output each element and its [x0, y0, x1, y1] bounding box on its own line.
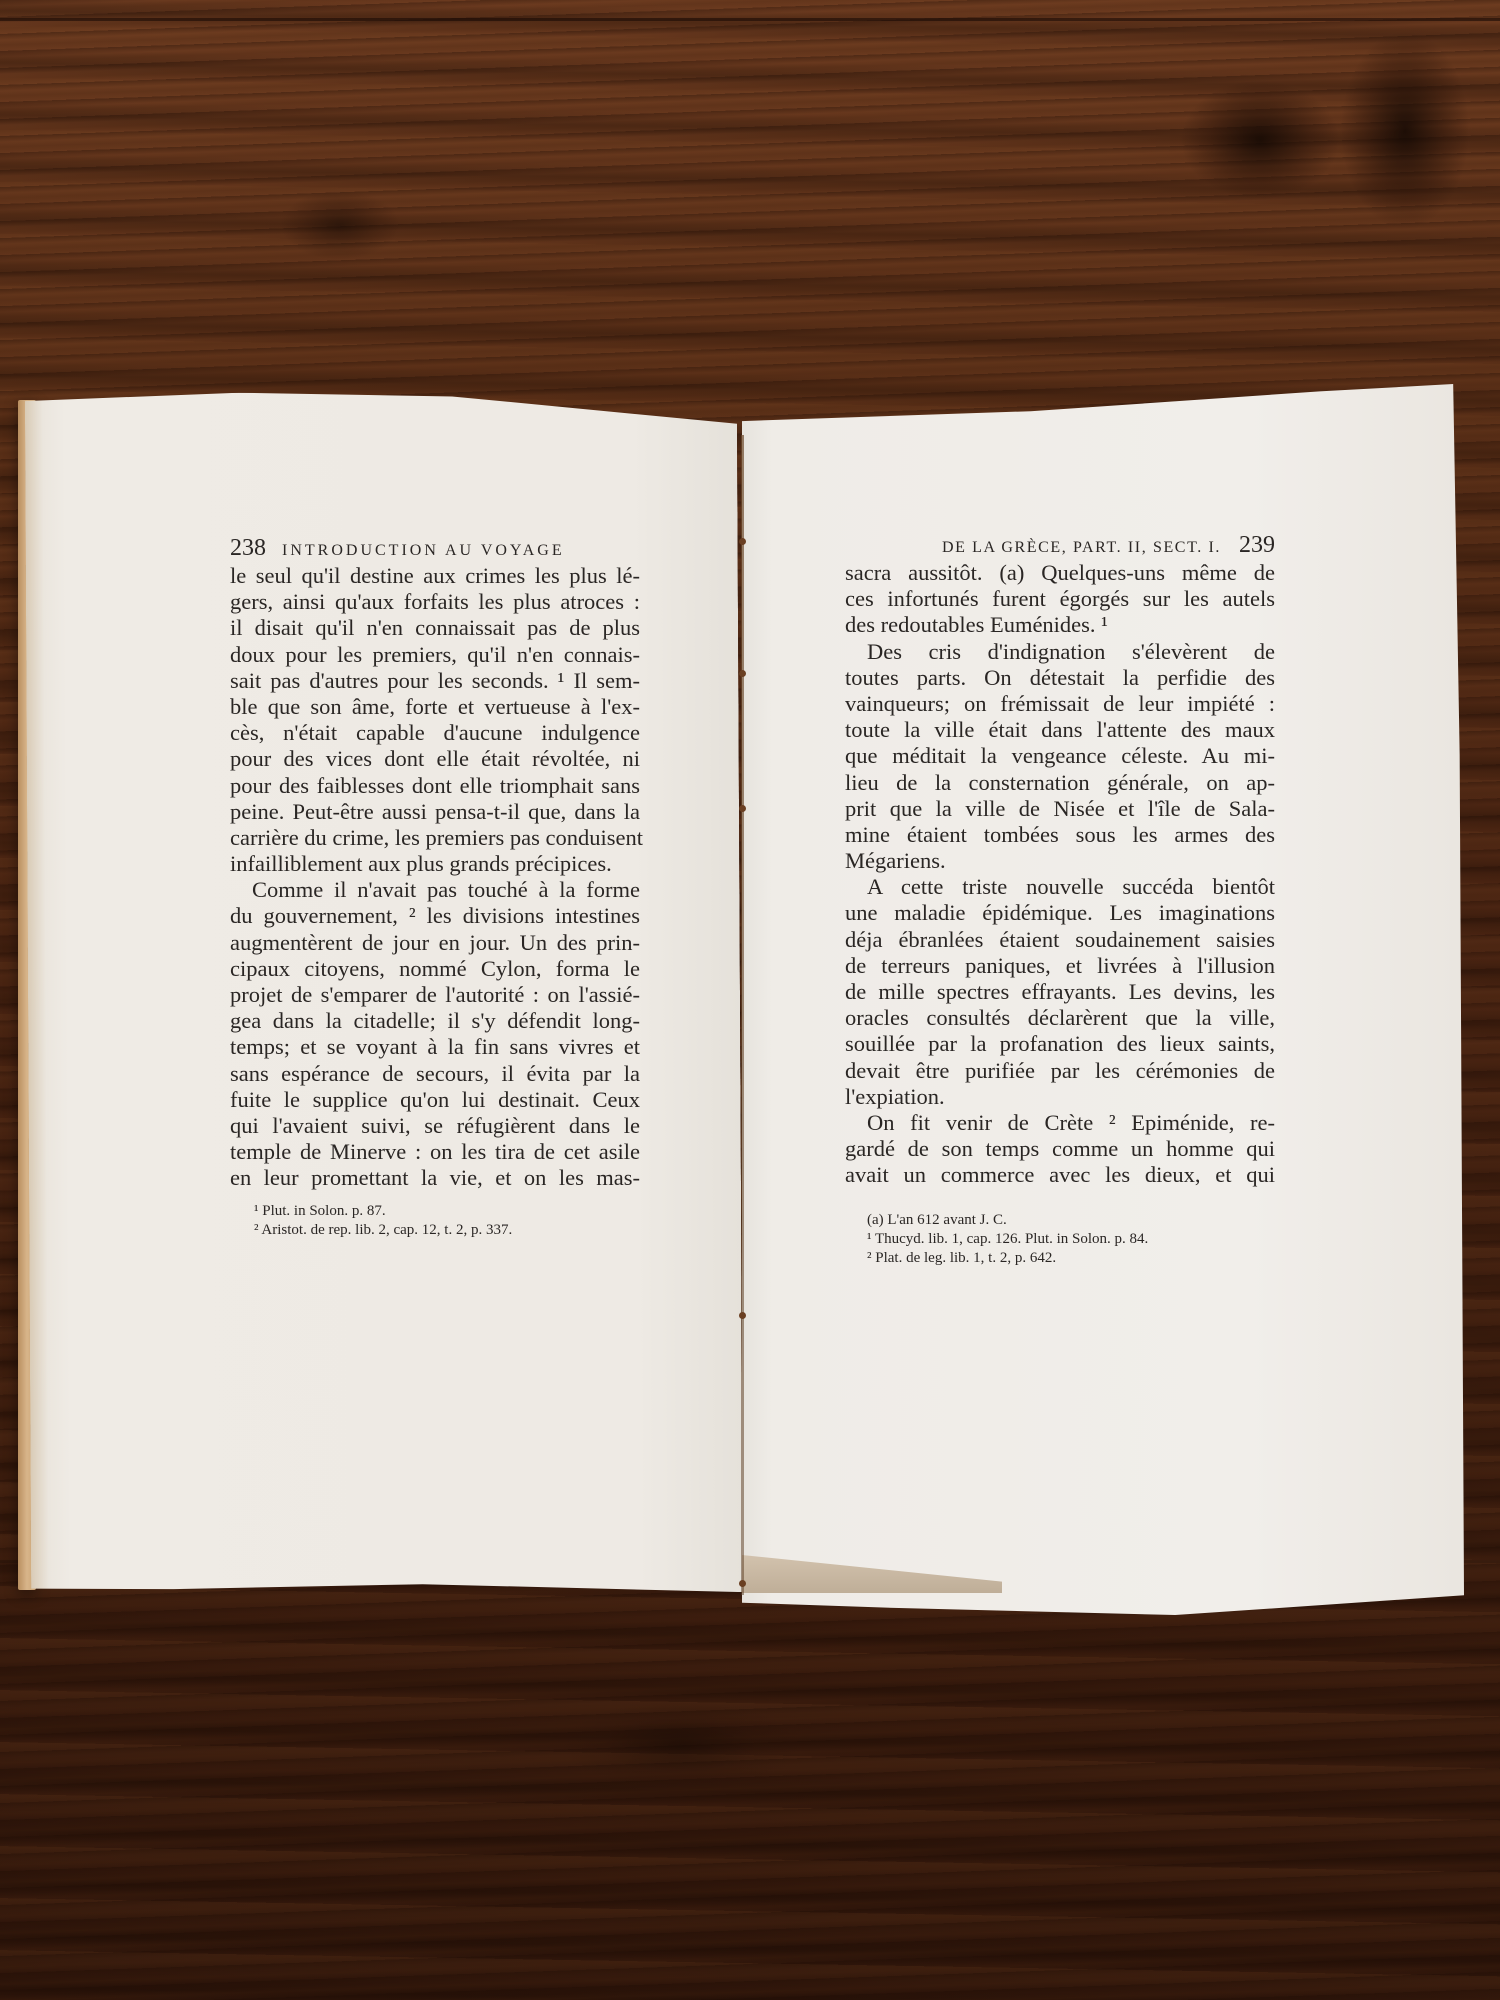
footnote: ² Aristot. de rep. lib. 2, cap. 12, t. 2…	[252, 1221, 640, 1240]
text-line: déja ébranlées étaient soudainement sais…	[845, 927, 1275, 953]
footnote: ² Plat. de leg. lib. 1, t. 2, p. 642.	[865, 1249, 1275, 1268]
text-line: une maladie épidémique. Les imaginations	[845, 900, 1275, 926]
text-line: doux pour les premiers, qu'il n'en conna…	[230, 642, 640, 668]
text-line: des redoutables Euménides. ¹	[845, 612, 1275, 638]
text-line: carrière du crime, les premiers pas cond…	[230, 825, 640, 851]
text-line: gea dans la citadelle; il s'y défendit l…	[230, 1008, 640, 1034]
text-line: peine. Peut-être aussi pensa-t-il que, d…	[230, 799, 640, 825]
binding-stitch	[739, 805, 746, 812]
text-line: gers, ainsi qu'aux forfaits les plus atr…	[230, 589, 640, 615]
text-line: qui l'avaient suivi, se réfugièrent dans…	[230, 1113, 640, 1139]
text-line: sait pas d'autres pour les seconds. ¹ Il…	[230, 668, 640, 694]
text-line: projet de s'emparer de l'autorité : on l…	[230, 982, 640, 1008]
text-line: lieu de la consternation générale, on ap…	[845, 770, 1275, 796]
text-line: ble que son âme, forte et vertueuse à l'…	[230, 694, 640, 720]
text-line: toute la ville était dans l'attente des …	[845, 717, 1275, 743]
text-line: A cette triste nouvelle succéda bientôt	[845, 874, 1275, 900]
binding-stitch	[739, 1312, 746, 1319]
text-line: en leur promettant la vie, et on les mas…	[230, 1165, 640, 1191]
page-number: 238	[230, 535, 266, 562]
text-line: de mille spectres effrayants. Les devins…	[845, 979, 1275, 1005]
text-line: que méditait la vengeance céleste. Au mi…	[845, 743, 1275, 769]
text-line: Des cris d'indignation s'élevèrent de	[845, 639, 1275, 665]
text-line: prit que la ville de Nisée et l'île de S…	[845, 796, 1275, 822]
book-spine	[741, 435, 744, 1595]
text-line: Comme il n'avait pas touché à la forme	[230, 877, 640, 903]
binding-stitch	[739, 1580, 746, 1587]
running-title: INTRODUCTION AU VOYAGE	[266, 542, 640, 560]
text-line: pour des faiblesses dont elle triomphait…	[230, 773, 640, 799]
text-line: temps; et se voyant à la fin sans vivres…	[230, 1034, 640, 1060]
footnote: ¹ Plut. in Solon. p. 87.	[252, 1202, 640, 1221]
text-line: toutes parts. On détestait la perfidie d…	[845, 665, 1275, 691]
binding-stitch	[739, 538, 746, 545]
text-line: devait être purifiée par les cérémonies …	[845, 1058, 1275, 1084]
text-line: de terreurs paniques, et livrées à l'ill…	[845, 953, 1275, 979]
wood-knot	[1180, 80, 1340, 200]
running-head: 238 INTRODUCTION AU VOYAGE	[230, 535, 640, 563]
text-line: fuite le supplice qu'on lui destinait. C…	[230, 1087, 640, 1113]
right-page-text: DE LA GRÈCE, PART. II, SECT. I. 239 sacr…	[845, 532, 1275, 1268]
text-line: gardé de son temps comme un homme qui	[845, 1136, 1275, 1162]
footnotes: ¹ Plut. in Solon. p. 87. ² Aristot. de r…	[230, 1202, 640, 1240]
text-line: oracles consultés déclarèrent que la vil…	[845, 1005, 1275, 1031]
footnote: ¹ Thucyd. lib. 1, cap. 126. Plut. in Sol…	[865, 1230, 1275, 1249]
wood-knot	[280, 190, 400, 260]
page-number: 239	[1239, 532, 1275, 559]
text-line: sans espérance de secours, il évita par …	[230, 1061, 640, 1087]
text-line: temple de Minerve : on les tira de cet a…	[230, 1139, 640, 1165]
running-title: DE LA GRÈCE, PART. II, SECT. I.	[845, 539, 1239, 557]
left-page-text: 238 INTRODUCTION AU VOYAGE le seul qu'il…	[230, 535, 640, 1240]
text-line: avait un commerce avec les dieux, et qui	[845, 1162, 1275, 1188]
text-line: sacra aussitôt. (a) Quelques-uns même de	[845, 560, 1275, 586]
text-line: il disait qu'il n'en connaissait pas de …	[230, 615, 640, 641]
wood-plank-seam	[0, 18, 1500, 21]
text-line: On fit venir de Crète ² Epiménide, re-	[845, 1110, 1275, 1136]
binding-stitch	[739, 670, 746, 677]
text-line: cès, n'était capable d'aucune indulgence	[230, 720, 640, 746]
text-line: Mégariens.	[845, 848, 1275, 874]
footnote: (a) L'an 612 avant J. C.	[865, 1211, 1275, 1230]
text-line: l'expiation.	[845, 1084, 1275, 1110]
text-line: mine étaient tombées sous les armes des	[845, 822, 1275, 848]
wood-knot	[560, 1700, 800, 1790]
text-line: du gouvernement, ² les divisions intesti…	[230, 903, 640, 929]
text-line: le seul qu'il destine aux crimes les plu…	[230, 563, 640, 589]
running-head: DE LA GRÈCE, PART. II, SECT. I. 239	[845, 532, 1275, 560]
text-line: augmentèrent de jour en jour. Un des pri…	[230, 930, 640, 956]
text-line: cipaux citoyens, nommé Cylon, forma le	[230, 956, 640, 982]
wood-knot	[1340, 30, 1470, 230]
text-line: pour des vices dont elle était révoltée,…	[230, 746, 640, 772]
text-line: ces infortunés furent égorgés sur les au…	[845, 586, 1275, 612]
text-line: infailliblement aux plus grands précipic…	[230, 851, 640, 877]
text-line: souillée par la profanation des lieux sa…	[845, 1031, 1275, 1057]
footnotes: (a) L'an 612 avant J. C. ¹ Thucyd. lib. …	[845, 1211, 1275, 1268]
text-line: vainqueurs; on frémissait de leur impiét…	[845, 691, 1275, 717]
